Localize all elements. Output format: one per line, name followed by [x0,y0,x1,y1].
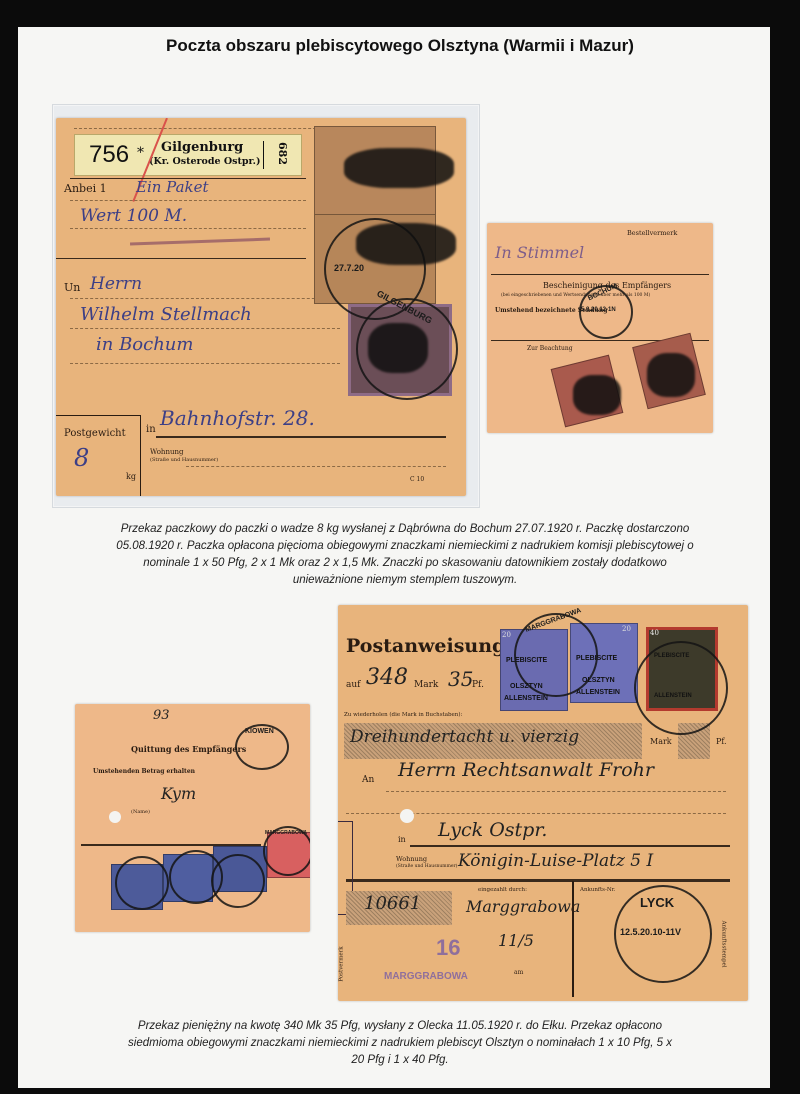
postmark-marggrabowa-money-2 [634,641,728,735]
mark-label-2: Mark [650,737,672,746]
street-handwriting: Bahnhofstr. 28. [160,406,315,430]
parcel-label: 756 * Gilgenburg (Kr. Osterode Ostpr.) 6… [74,134,302,176]
pf-label: Pf. [472,680,484,690]
money-recipient: Herrn Rechtsanwalt Frohr [398,759,654,781]
recipient-city: in Bochum [96,334,193,355]
anbei-label: Anbei 1 [64,182,107,195]
label-divider [263,141,264,169]
wohnung-sub-money: (Straße und Hausnummer) [396,864,457,869]
pf-amount: 35 [448,667,473,691]
mark-label: Mark [414,680,438,690]
amount-words: Dreihundertacht u. vierzig [350,727,579,747]
an-label: Un [64,281,80,294]
stamp-1-overprint-3: ALLENSTEIN [504,695,548,702]
note-heading: Zur Beachtung [527,345,573,352]
parcel-card: 756 * Gilgenburg (Kr. Osterode Ostpr.) 6… [56,118,466,496]
parcel-card-reverse: Bestellvermerk In Stimmel Bescheinigung … [487,223,713,433]
vertical-divider [572,881,574,997]
pf-label-2: Pf. [716,737,727,746]
contents-handwriting: Ein Paket [136,178,209,196]
receipt-heading: Quittung des Empfängers [131,744,246,754]
mark-amount: 348 [366,665,408,690]
name-label: (Name) [131,809,150,815]
postmark-lyck-date: 12.5.20.10-11V [620,927,681,937]
caption-parcel: Przekaz paczkowy do paczki o wadze 8 kg … [108,521,702,589]
money-street: Königin-Luise-Platz 5 I [458,851,653,871]
mute-cancel-1 [344,148,454,188]
form-code: C 10 [410,476,424,483]
mute-cancel-2 [356,223,456,265]
recipient-name: Wilhelm Stellmach [80,304,252,325]
violet-number: 16 [436,935,460,961]
page-title: Poczta obszaru plebiscytowego Olsztyna (… [0,36,800,56]
weight-handwriting: 8 [74,444,89,472]
eingezahlt-label: eingezahlt durch: [478,887,527,893]
ankunft-label: Ankunfts-Nr. [580,887,615,893]
recipient-title: Herrn [90,274,142,294]
wohnung-label-money: Wohnung [396,855,427,863]
slip-number: 93 [153,708,170,723]
money-date: 11/5 [498,931,534,950]
strike-through-mark [130,238,270,246]
repeat-label: Zu wiederholen (die Mark in Buchstaben): [344,712,462,718]
stamp-2-value: 20 [622,625,631,633]
bestellvermerk-label: Bestellvermerk [627,229,677,237]
violet-town-stamp: MARGGRABOWA [384,971,468,982]
label-town: Gilgenburg [161,140,243,155]
label-code: 682 [276,142,289,165]
money-sender: Marggrabowa [466,897,580,916]
ankunftsstempel-label: Ankunftsstempel [721,920,727,967]
caption-money-order: Przekaz pieniężny na kwotę 340 Mk 35 Pfg… [128,1018,672,1069]
postmark-marggrabowa-3 [211,854,265,908]
postmark-date: 27.7.20 [334,263,364,273]
postmark-bochum-date: 5.8.20.12-1N [581,307,616,313]
amount-received-label: Umstehenden Betrag erhalten [93,768,195,775]
stamp-1-value: 20 [502,631,511,639]
wohnung-label: Wohnung [150,448,183,456]
postmark-kiowen-town: KIOWEN [245,728,274,735]
label-asterisk: * [137,145,144,161]
stamp-3-value: 40 [650,629,659,637]
postgewicht-label: Postgewicht [64,428,126,439]
am-label: am [514,969,523,976]
mute-cancel-3 [368,323,428,373]
money-city: Lyck Ostpr. [438,819,547,841]
postvermerk-label: Postvermerk [339,946,345,981]
an-label-money: An [362,775,374,785]
label-district: (Kr. Osterode Ostpr.) [149,156,260,167]
label-number: 756 [89,141,129,169]
receipt-slip: 93 Quittung des Empfängers Umstehenden B… [75,704,310,932]
mute-cancel-reverse-2 [647,353,695,397]
postmark-marggrabowa-1 [115,856,169,910]
mute-cancel-reverse-1 [573,375,621,415]
delivery-note-handwriting: In Stimmel [495,243,584,262]
money-order-title: Postanweisung [346,635,505,657]
punch-hole-money [400,809,414,823]
postmark-lyck-town: LYCK [640,895,674,910]
postmark-marggrabowa-town: MARGGRABOWA [265,830,307,836]
in-label-money: in [398,835,406,844]
wohnung-sub-label: (Straße und Hausnummer) [150,457,218,463]
in-label: in [146,424,156,435]
stamp-2-overprint-3: ALLENSTEIN [576,689,620,696]
auf-label: auf [346,680,361,690]
money-order: Postanweisung auf 348 Mark 35 Pf. Zu wie… [338,605,748,1001]
receipt-signature: Kym [161,784,196,803]
money-number: 10661 [364,893,421,914]
kg-label: kg [126,472,136,481]
value-handwriting: Wert 100 M. [80,206,187,226]
punch-hole [109,811,121,823]
